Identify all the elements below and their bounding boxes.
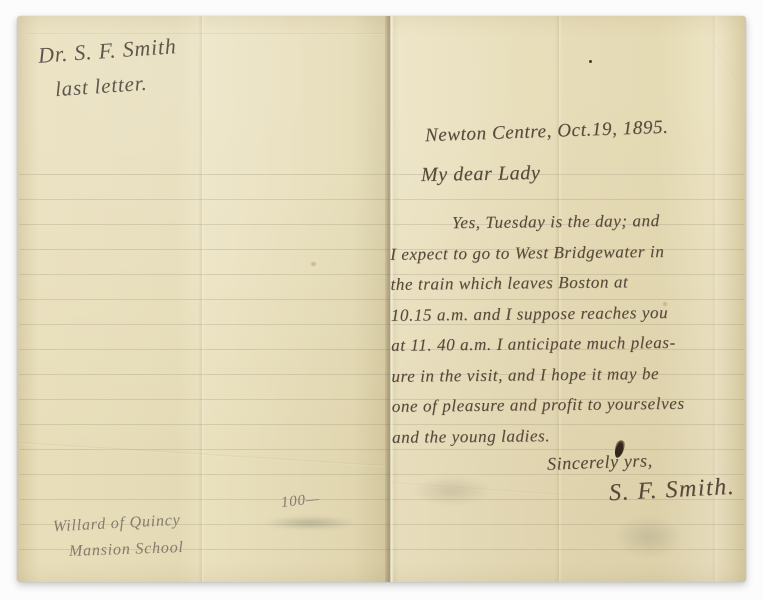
- body-line: and the young ladies.: [392, 419, 750, 453]
- body-line: ure in the visit, and I hope it may be: [391, 358, 749, 392]
- collector-note-last-letter: last letter.: [54, 71, 148, 102]
- photo-stage: Dr. S. F. Smith last letter. Newton Cent…: [0, 0, 763, 600]
- pencil-smudge: [263, 516, 357, 530]
- closing: Sincerely yrs,: [547, 450, 653, 475]
- body-line: the train which leaves Boston at: [390, 266, 748, 300]
- body-line: I expect to go to West Bridgewater in: [390, 236, 748, 270]
- collector-note-owner: Dr. S. F. Smith: [37, 33, 177, 69]
- fold-crease-left: [198, 16, 205, 582]
- body-line: 10.15 a.m. and I suppose reaches you: [391, 297, 749, 331]
- letter-sheet: Dr. S. F. Smith last letter. Newton Cent…: [17, 16, 746, 582]
- body-line: one of pleasure and profit to yourselves: [392, 388, 750, 422]
- body-line: at 11. 40 a.m. I anticipate much pleas-: [391, 327, 749, 361]
- crease-top-left: [27, 33, 385, 35]
- paper-smudge: [615, 516, 683, 558]
- ink-speck: [589, 60, 592, 63]
- paper-smudge: [413, 476, 491, 506]
- salutation: My dear Lady: [421, 162, 541, 187]
- dateline: Newton Centre, Oct.19, 1895.: [425, 117, 669, 147]
- letter-body: Yes, Tuesday is the day; and I expect to…: [390, 205, 751, 453]
- body-line: Yes, Tuesday is the day; and: [390, 205, 748, 239]
- crease-corner-right: [704, 30, 739, 84]
- foxing-spot: [311, 262, 316, 266]
